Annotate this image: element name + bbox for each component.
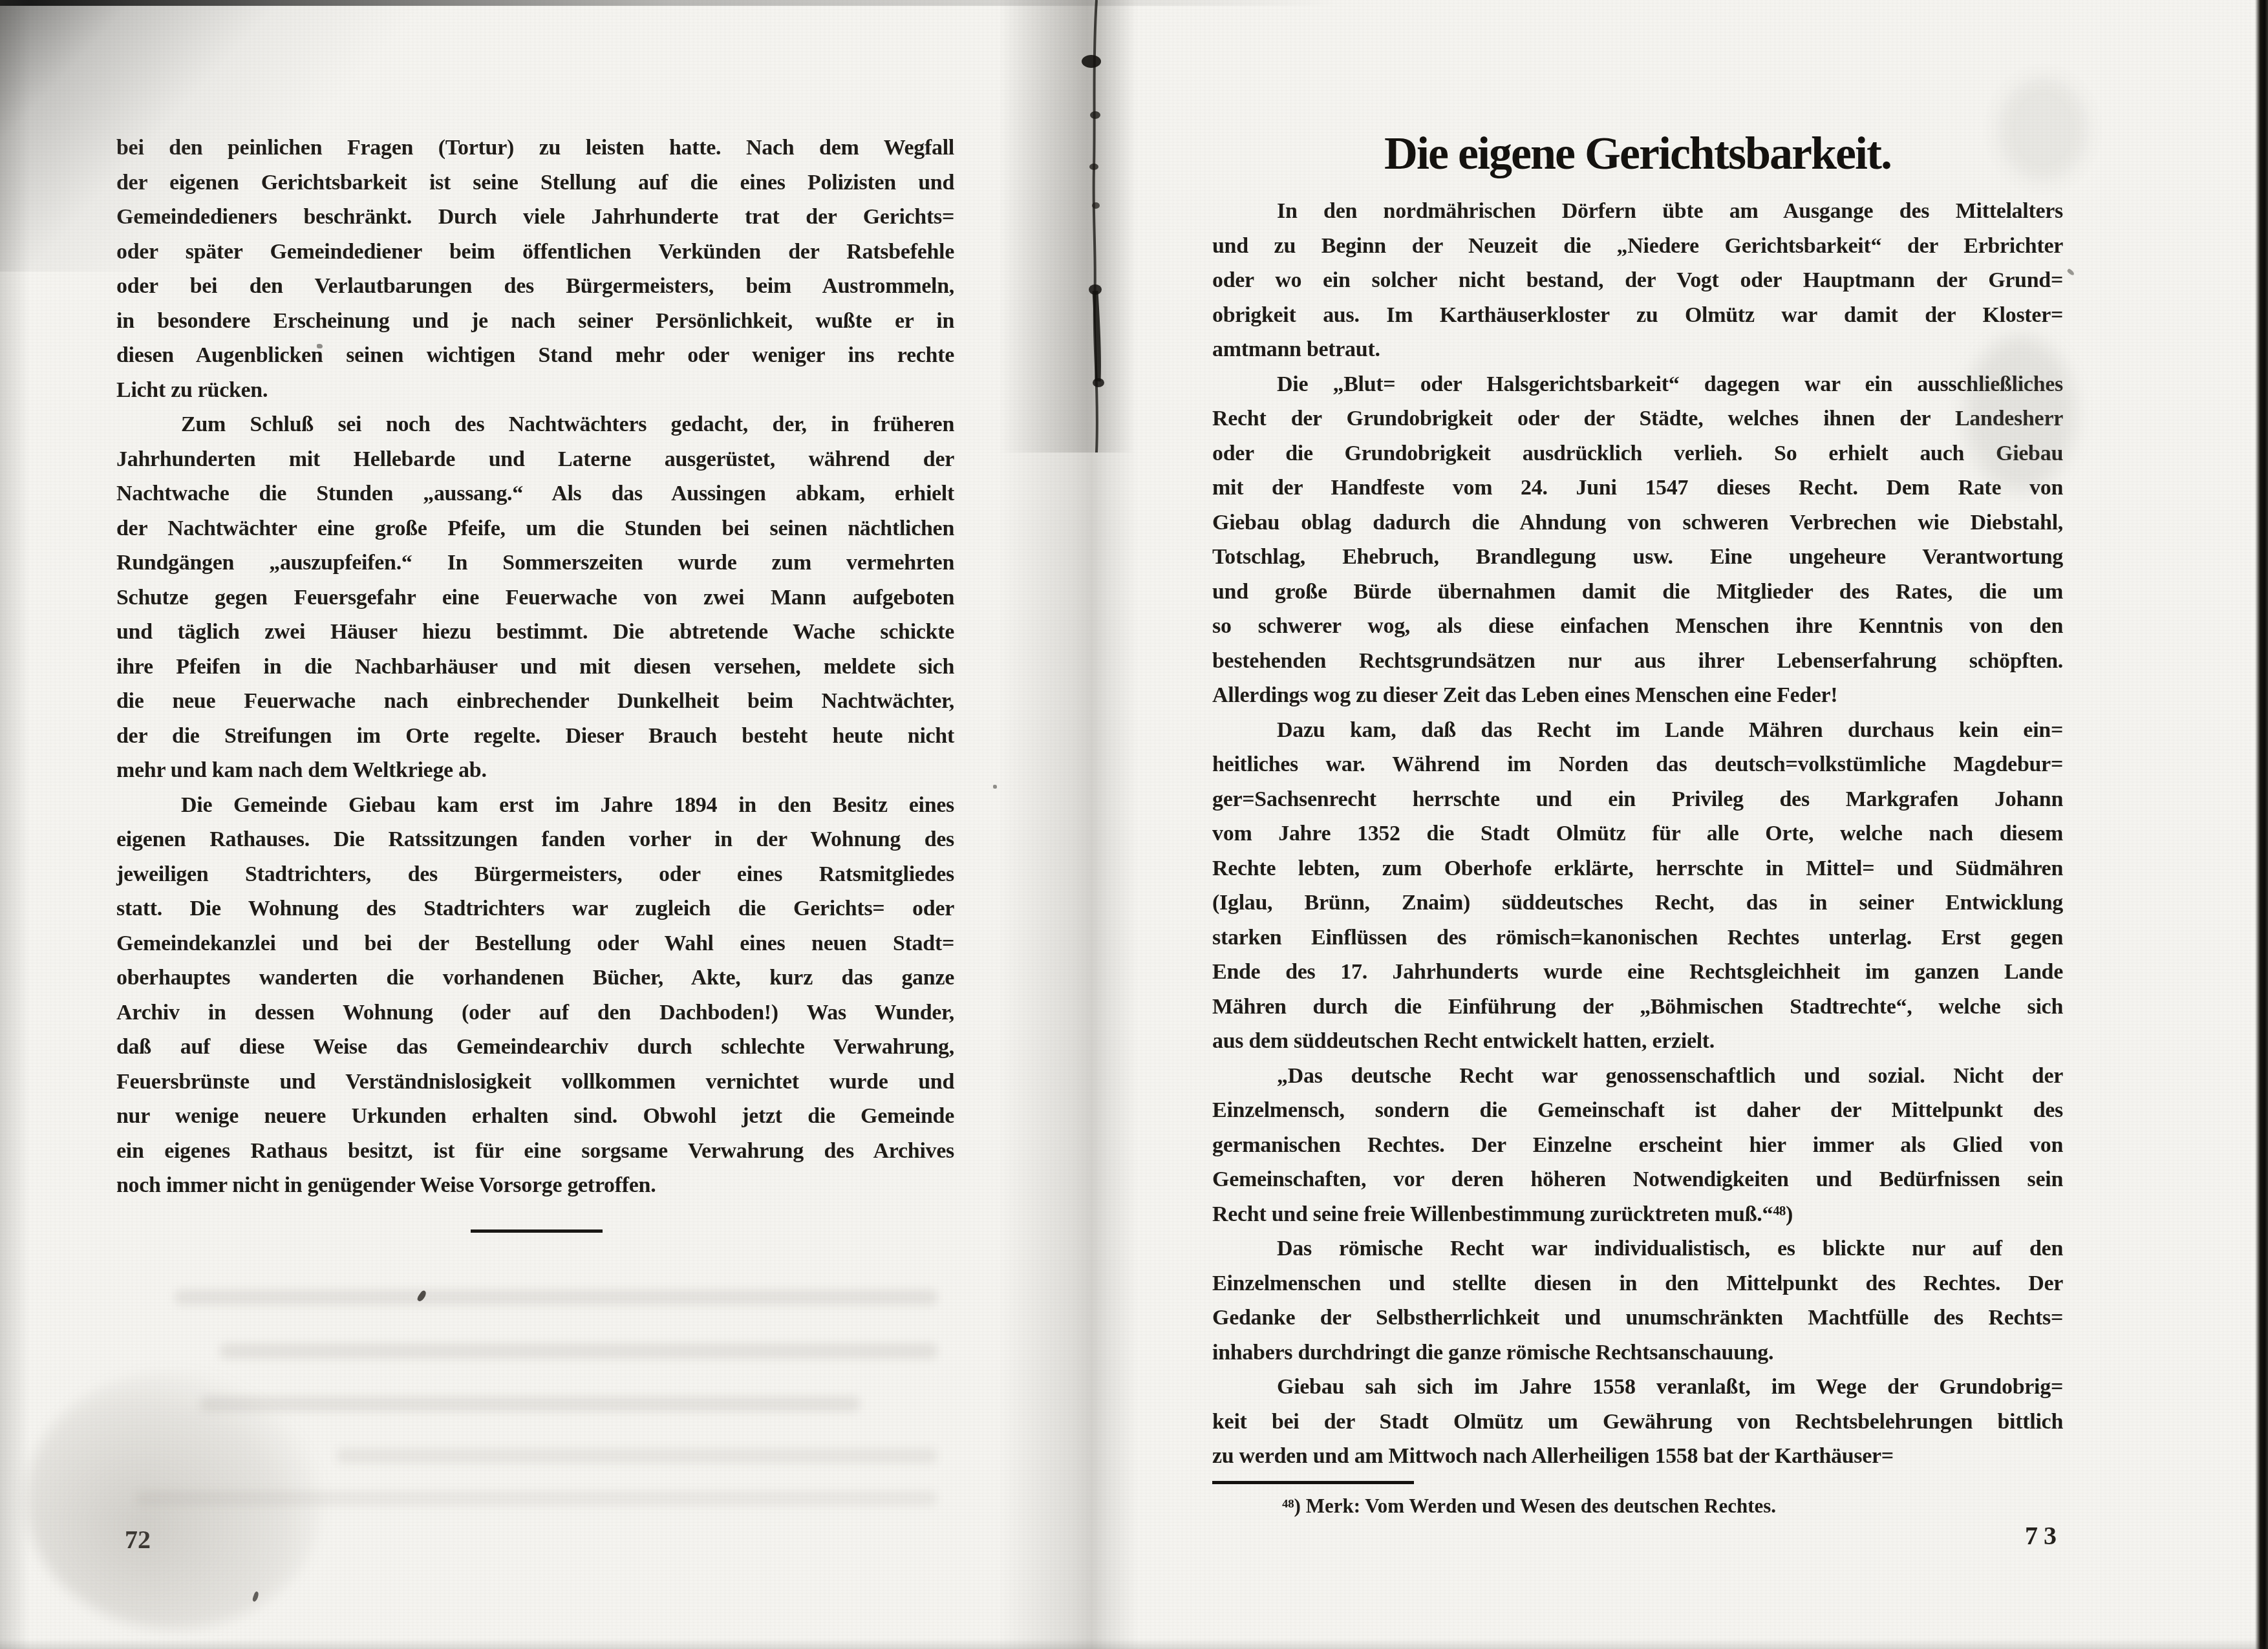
text-line: Das römische Recht war individualistisch… xyxy=(1212,1231,2063,1266)
text-line: Die Gemeinde Giebau kam erst im Jahre 18… xyxy=(116,788,954,823)
text-line: Rundgängen „auszupfeifen.“ In Sommerszei… xyxy=(116,546,954,580)
paragraph: Zum Schluß sei noch des Nachtwächters ge… xyxy=(116,407,954,788)
text-line: Recht und seine freie Willenbestimmung z… xyxy=(1212,1197,2063,1232)
bleedthrough-line xyxy=(200,1396,860,1412)
text-line: diesen Augenblicken seinen wichtigen Sta… xyxy=(116,338,954,373)
text-line: „Das deutsche Recht war genossenschaftli… xyxy=(1212,1059,2063,1094)
text-line: (Iglau, Brünn, Znaim) süddeutsches Recht… xyxy=(1212,886,2063,920)
text-line: Zum Schluß sei noch des Nachtwächters ge… xyxy=(116,407,954,442)
left-page-text: bei den peinlichen Fragen (Tortur) zu le… xyxy=(116,131,954,1203)
paragraph: Das römische Recht war individualistisch… xyxy=(1212,1231,2063,1370)
left-scan-edge xyxy=(0,0,30,1649)
text-line: Einzelmensch, sondern die Gemeinschaft i… xyxy=(1212,1093,2063,1128)
ink-speck xyxy=(251,1591,259,1602)
paragraph: Giebau sah sich im Jahre 1558 veranlaßt,… xyxy=(1212,1370,2063,1474)
text-line: Gedanke der Selbstherrlichkeit und unums… xyxy=(1212,1301,2063,1335)
text-line: obrigkeit aus. Im Karthäuserkloster zu O… xyxy=(1212,298,2063,333)
text-line: Rechte lebten, zum Oberhofe erklärte, he… xyxy=(1212,851,2063,886)
text-line: inhabers durchdringt die ganze römische … xyxy=(1212,1335,2063,1370)
top-scan-edge xyxy=(0,0,1487,6)
footnote: ⁴⁸) Merk: Vom Werden und Wesen des deuts… xyxy=(1212,1492,2063,1520)
text-line: mit der Handfeste vom 24. Juni 1547 dies… xyxy=(1212,471,2063,505)
text-line: oder später Gemeindediener beim öffentli… xyxy=(116,235,954,270)
text-line: der die Streifungen im Orte regelte. Die… xyxy=(116,719,954,754)
paragraph: „Das deutsche Recht war genossenschaftli… xyxy=(1212,1059,2063,1232)
text-line: In den nordmährischen Dörfern übte am Au… xyxy=(1212,194,2063,229)
text-line: und zu Beginn der Neuzeit die „Niedere G… xyxy=(1212,229,2063,264)
text-line: nur wenige neuere Urkunden erhalten sind… xyxy=(116,1099,954,1134)
bleedthrough-line xyxy=(136,1491,937,1506)
footnote-rule xyxy=(1212,1481,1414,1484)
text-line: oder wo ein solcher nicht bestand, der V… xyxy=(1212,263,2063,298)
text-line: daß auf diese Weise das Gemeindearchiv d… xyxy=(116,1030,954,1065)
text-line: noch immer nicht in genügender Weise Vor… xyxy=(116,1168,954,1203)
page-number-right: 73 xyxy=(2025,1520,2062,1551)
ink-speck xyxy=(2066,268,2075,276)
text-line: Schutze gegen Feuersgefahr eine Feuerwac… xyxy=(116,580,954,615)
text-line: Dazu kam, daß das Recht im Lande Mähren … xyxy=(1212,713,2063,748)
paragraph: In den nordmährischen Dörfern übte am Au… xyxy=(1212,194,2063,367)
text-line: in besondere Erscheinung und je nach sei… xyxy=(116,304,954,339)
text-line: heitliches war. Während im Norden das de… xyxy=(1212,747,2063,782)
text-line: Ende des 17. Jahrhunderts wurde eine Rec… xyxy=(1212,955,2063,990)
text-line: zu werden und am Mittwoch nach Allerheil… xyxy=(1212,1439,2063,1474)
text-line: Giebau sah sich im Jahre 1558 veranlaßt,… xyxy=(1212,1370,2063,1405)
page-number-left: 72 xyxy=(125,1524,151,1555)
text-line: Mähren durch die Einführung der „Böhmisc… xyxy=(1212,990,2063,1025)
text-line: vom Jahre 1352 die Stadt Olmütz für alle… xyxy=(1212,816,2063,851)
bleedthrough-line xyxy=(220,1343,937,1359)
text-line: oder bei den Verlautbarungen des Bürgerm… xyxy=(116,269,954,304)
text-line: oberhauptes wanderten die vorhandenen Bü… xyxy=(116,961,954,995)
text-line: ein eigenes Rathaus besitzt, ist für ein… xyxy=(116,1134,954,1169)
text-line: statt. Die Wohnung des Stadtrichters war… xyxy=(116,891,954,926)
text-line: so schwerer wog, als diese einfachen Men… xyxy=(1212,609,2063,644)
text-line: aus dem süddeutschen Recht entwickelt ha… xyxy=(1212,1024,2063,1059)
right-scan-edge xyxy=(2255,0,2268,1649)
paper-stain xyxy=(26,1370,323,1629)
text-line: Gemeindedieners beschränkt. Durch viele … xyxy=(116,200,954,235)
text-line: der Nachtwächter eine große Pfeife, um d… xyxy=(116,511,954,546)
bottom-scan-edge xyxy=(0,1639,2268,1649)
text-line: und große Bürde übernahmen damit die Mit… xyxy=(1212,575,2063,610)
section-divider-rule xyxy=(471,1229,603,1233)
ink-speck xyxy=(416,1290,428,1303)
text-line: Nachtwache die Stunden „aussang.“ Als da… xyxy=(116,476,954,511)
paragraph: Die „Blut= oder Halsgerichtsbarkeit“ dag… xyxy=(1212,367,2063,713)
bleedthrough-line xyxy=(336,1448,937,1463)
text-line: germanischen Rechtes. Der Einzelne ersch… xyxy=(1212,1128,2063,1163)
text-line: mehr und kam nach dem Weltkriege ab. xyxy=(116,753,954,788)
gutter-crease-stitching xyxy=(1054,0,1157,452)
paragraph: Dazu kam, daß das Recht im Lande Mähren … xyxy=(1212,713,2063,1059)
text-line: eigenen Rathauses. Die Ratssitzungen fan… xyxy=(116,822,954,857)
text-line: Totschlag, Ehebruch, Brandlegung usw. Ei… xyxy=(1212,540,2063,575)
text-line: Recht der Grundobrigkeit oder der Städte… xyxy=(1212,401,2063,436)
text-line: Jahrhunderten mit Hellebarde und Laterne… xyxy=(116,442,954,477)
text-line: ihre Pfeifen in die Nachbarhäuser und mi… xyxy=(116,650,954,685)
text-line: Gemeindekanzlei und bei der Bestellung o… xyxy=(116,926,954,961)
text-line: oder die Grundobrigkeit ausdrücklich ver… xyxy=(1212,436,2063,471)
footnote-marker: ⁴⁸) xyxy=(1282,1495,1301,1517)
text-line: und täglich zwei Häuser hiezu bestimmt. … xyxy=(116,615,954,650)
text-line: Archiv in dessen Wohnung (oder auf den D… xyxy=(116,995,954,1030)
bleedthrough-line xyxy=(175,1290,937,1305)
ink-speck xyxy=(993,785,997,789)
text-line: jeweiligen Stadtrichters, des Bürgermeis… xyxy=(116,857,954,892)
text-line: amtmann betraut. xyxy=(1212,332,2063,367)
text-line: Giebau oblag dadurch die Ahndung von sch… xyxy=(1212,505,2063,540)
text-line: Die „Blut= oder Halsgerichtsbarkeit“ dag… xyxy=(1212,367,2063,402)
paragraph: bei den peinlichen Fragen (Tortur) zu le… xyxy=(116,131,954,407)
paragraph: Die Gemeinde Giebau kam erst im Jahre 18… xyxy=(116,788,954,1203)
text-line: bei den peinlichen Fragen (Tortur) zu le… xyxy=(116,131,954,165)
text-line: ger=Sachsenrecht herrschte und ein Privi… xyxy=(1212,782,2063,817)
text-line: keit bei der Stadt Olmütz um Gewährung v… xyxy=(1212,1405,2063,1440)
right-page-text: In den nordmährischen Dörfern übte am Au… xyxy=(1212,194,2063,1474)
text-line: die neue Feuerwache nach einbrechender D… xyxy=(116,684,954,719)
text-line: bestehenden Rechtsgrundsätzen nur aus ih… xyxy=(1212,644,2063,679)
text-line: Einzelmenschen und stellte diesen in den… xyxy=(1212,1266,2063,1301)
text-line: Allerdings wog zu dieser Zeit das Leben … xyxy=(1212,678,2063,713)
text-line: der eigenen Gerichtsbarkeit ist seine St… xyxy=(116,165,954,200)
text-line: Gemeinschaften, vor deren höheren Notwen… xyxy=(1212,1162,2063,1197)
book-spread-scan: bei den peinlichen Fragen (Tortur) zu le… xyxy=(0,0,2268,1649)
footnote-text: Merk: Vom Werden und Wesen des deutschen… xyxy=(1306,1495,1776,1517)
gutter-shadow-top xyxy=(999,0,1193,452)
gutter-shadow xyxy=(999,0,1193,1649)
chapter-heading: Die eigene Gerichtsbarkeit. xyxy=(1212,118,2063,189)
text-line: starken Einflüssen des römisch=kanonisch… xyxy=(1212,920,2063,955)
text-line: Feuersbrünste und Verständnislosigkeit v… xyxy=(116,1065,954,1100)
text-line: Licht zu rücken. xyxy=(116,373,954,408)
